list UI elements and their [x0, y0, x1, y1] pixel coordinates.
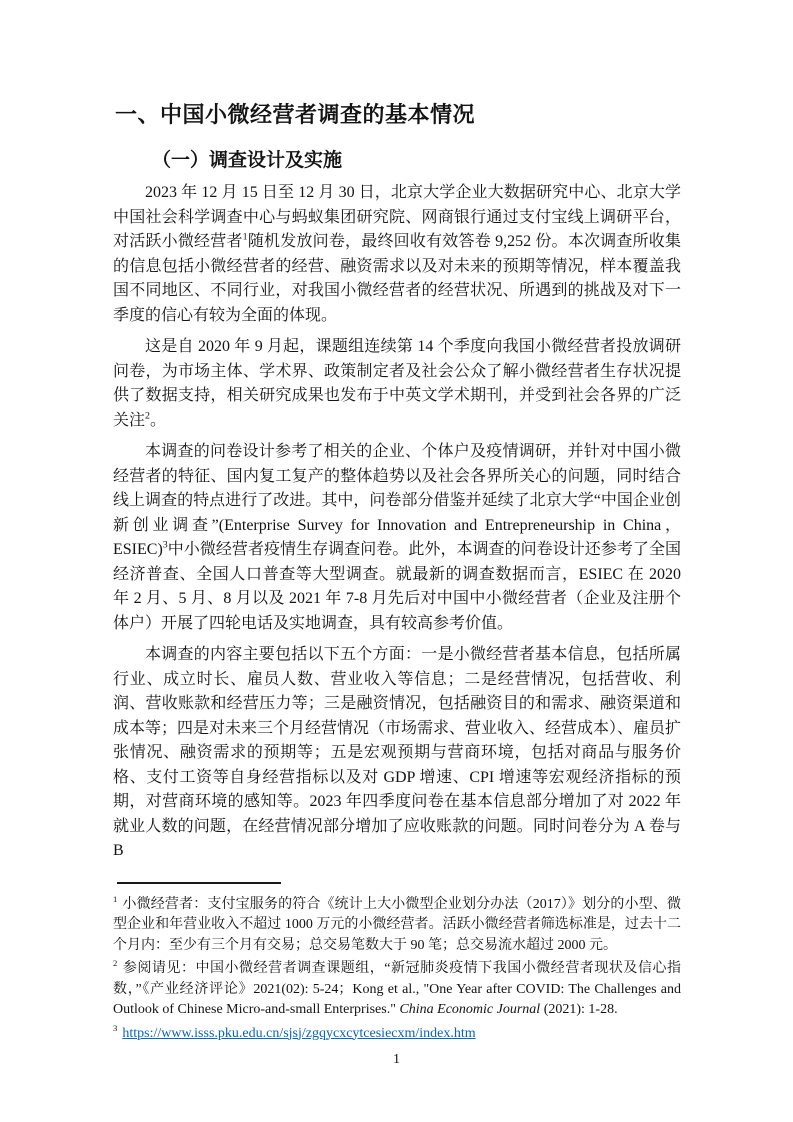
paragraph-4: 本调查的内容主要包括以下五个方面：一是小微经营者基本信息，包括所属行业、成立时长…	[113, 643, 681, 864]
footnote-ref-superscript: 2	[113, 958, 117, 968]
footnote-separator	[117, 882, 281, 884]
text-run: 这是自 2020 年 9 月起，课题组连续第 14 个季度向我国小微经营者投放调…	[113, 338, 681, 429]
text-run: 本调查的内容主要包括以下五个方面：一是小微经营者基本信息，包括所属行业、成立时长…	[113, 646, 681, 859]
text-run: (2021): 1-28.	[540, 1002, 617, 1017]
page-number: 1	[0, 1051, 793, 1069]
footnote-url-link[interactable]: https://www.isss.pku.edu.cn/sjsj/zgqycxc…	[122, 1026, 475, 1041]
paragraph-1: 2023 年 12 月 15 日至 12 月 30 日，北京大学企业大数据研究中…	[113, 181, 681, 328]
footnote-ref-superscript: 3	[113, 1023, 117, 1033]
footnote-1: 1小微经营者：支付宝服务的符合《统计上大小微型企业划分办法（2017）》划分的小…	[113, 895, 681, 957]
italic-text: China Economic Journal	[399, 1002, 540, 1017]
document-content: 一、中国小微经营者调查的基本情况 （一）调查设计及实施 2023 年 12 月 …	[113, 0, 681, 1044]
text-run: 小微经营者：支付宝服务的符合《统计上大小微型企业划分办法（2017）》划分的小型…	[113, 897, 681, 953]
text-run: 中小微经营者疫情生存调查问卷。此外，本调查的问卷设计还参考了全国经济普查、全国人…	[113, 541, 681, 632]
footnote-2: 2参阅请见：中国小微经营者调查课题组，“新冠肺炎疫情下我国小微经营者现状及信心指…	[113, 959, 681, 1021]
subsection-heading: （一）调查设计及实施	[113, 148, 681, 174]
paragraph-3: 本调查的问卷设计参考了相关的企业、个体户及疫情调研，并针对中国小微经营者的特征、…	[113, 440, 681, 636]
paragraph-2: 这是自 2020 年 9 月起，课题组连续第 14 个季度向我国小微经营者投放调…	[113, 335, 681, 433]
page-title: 一、中国小微经营者调查的基本情况	[115, 100, 681, 130]
document-page: 一、中国小微经营者调查的基本情况 （一）调查设计及实施 2023 年 12 月 …	[0, 0, 793, 1122]
footnote-3: 3https://www.isss.pku.edu.cn/sjsj/zgqycx…	[113, 1024, 681, 1045]
text-run: 。	[150, 412, 166, 429]
footnote-ref-superscript: 1	[113, 894, 117, 904]
